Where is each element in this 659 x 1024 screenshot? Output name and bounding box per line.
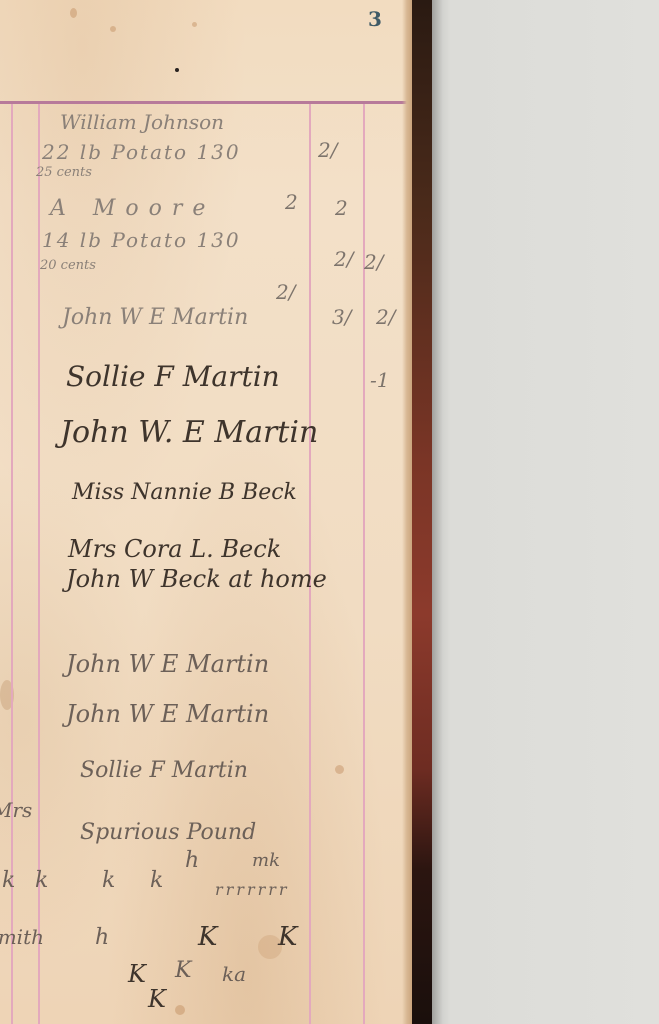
stain: [192, 22, 197, 27]
practice-stroke: k: [102, 868, 115, 893]
entry-name: John W E Martin: [66, 700, 269, 728]
entry-price: 20 cents: [40, 258, 96, 273]
entry-item: 22 lb Potato 130: [42, 140, 241, 164]
margin-note: Smith: [0, 925, 44, 949]
practice-stroke: K: [198, 922, 217, 952]
entry-name: Sollie F Martin: [80, 758, 248, 783]
practice-stroke: ka: [222, 962, 246, 986]
figure: -1: [370, 368, 389, 392]
practice-stroke: k: [2, 868, 15, 893]
stain: [335, 765, 344, 774]
page-number: 3: [368, 7, 382, 31]
ledger-page: 3 William Johnson 22 lb Potato 130 25 ce…: [0, 0, 412, 1024]
entry-name: William Johnson: [60, 110, 224, 134]
entry-name: Mrs Cora L. Beck: [68, 535, 281, 563]
entry-name: Spurious Pound: [80, 820, 256, 845]
practice-stroke: h: [185, 848, 199, 873]
practice-stroke: h: [95, 925, 109, 950]
entry-name: John W Beck at home: [66, 565, 327, 593]
entry-item: 14 lb Potato 130: [42, 228, 241, 252]
margin-note: Mrs: [0, 798, 32, 822]
stain: [110, 26, 116, 32]
entry-name: John W. E Martin: [60, 415, 318, 450]
practice-stroke: k: [150, 868, 163, 893]
stain: [175, 1005, 185, 1015]
entry-name: Miss Nannie B Beck: [72, 480, 297, 505]
figure: 2/: [364, 250, 383, 274]
entry-price: 25 cents: [36, 165, 92, 180]
column-rule-2: [363, 104, 365, 1024]
entry-name: Sollie F Martin: [66, 360, 280, 393]
binding-shadow: [432, 0, 450, 1024]
figure: 2/: [276, 280, 295, 304]
book-binding: [412, 0, 432, 1024]
entry-name: John W E Martin: [66, 650, 269, 678]
practice-stroke: K: [175, 958, 191, 983]
entry-name: John W E Martin: [62, 305, 248, 330]
practice-stroke: K: [128, 960, 146, 988]
practice-stroke: K: [278, 922, 297, 952]
entry-name: A Moore: [50, 196, 215, 221]
figure: 2/: [318, 138, 337, 162]
header-rule: [0, 101, 410, 104]
figure: 2/: [376, 305, 395, 329]
figure: 3/: [332, 305, 351, 329]
practice-stroke: K: [148, 985, 166, 1013]
ink-dot: [175, 68, 179, 72]
figure: 2: [285, 190, 298, 214]
practice-stroke: k: [35, 868, 48, 893]
figure: 2: [335, 196, 348, 220]
practice-stroke: mk: [252, 850, 280, 871]
practice-stroke: rrrrrrr: [215, 880, 290, 899]
column-rule-1: [309, 104, 311, 1024]
figure: 2/: [334, 247, 353, 271]
stain: [70, 8, 77, 18]
